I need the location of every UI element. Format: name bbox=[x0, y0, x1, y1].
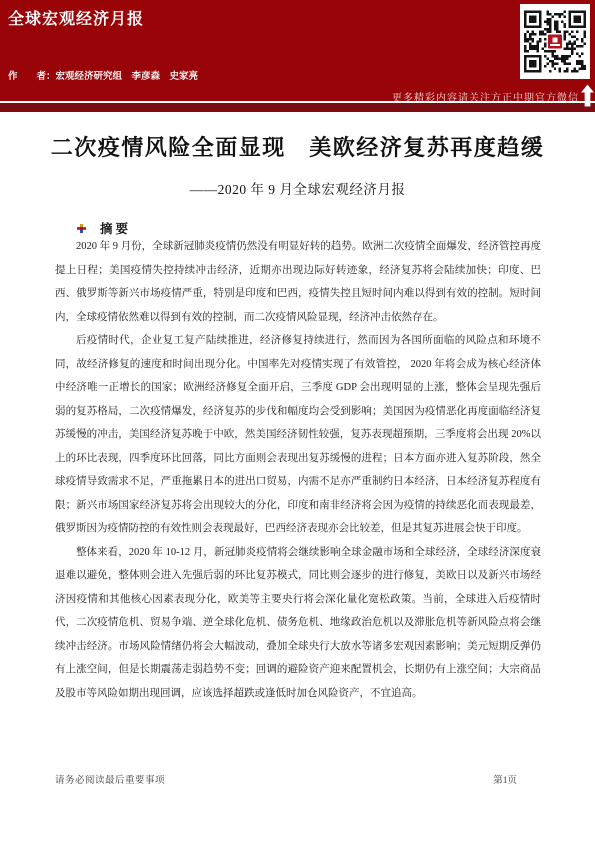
body-paragraph: 2020 年 9 月份，全球新冠肺炎疫情仍然没有明显好转的趋势。欧洲二次疫情全面… bbox=[55, 235, 541, 329]
up-arrow-icon bbox=[581, 84, 594, 107]
body-paragraph: 后疫情时代，企业复工复产陆续推进，经济修复持续进行，然而因为各国所面临的风险点和… bbox=[55, 329, 541, 541]
qr-code bbox=[520, 4, 590, 79]
header-accent-strip bbox=[0, 103, 595, 112]
report-header: 全球宏观经济月报 作 者：宏观经济研究组 李彦森 史家亮 执业编号：F30502… bbox=[0, 0, 595, 101]
report-page: 全球宏观经济月报 作 者：宏观经济研究组 李彦森 史家亮 执业编号：F30502… bbox=[0, 0, 595, 842]
report-series-title: 全球宏观经济月报 bbox=[8, 6, 144, 29]
abstract-bullet-icon bbox=[77, 224, 86, 233]
doc-subtitle: ——2020 年 9 月全球宏观经济月报 bbox=[0, 178, 595, 198]
qr-caption: 更多精彩内容请关注方正中期官方微信 bbox=[392, 89, 579, 104]
meta-line-author: 作 者：宏观经济研究组 李彦森 史家亮 bbox=[8, 68, 249, 85]
body-paragraph: 整体来看，2020 年 10-12 月，新冠肺炎疫情将会继续影响全球金融市场和全… bbox=[55, 541, 541, 706]
abstract-body: 2020 年 9 月份，全球新冠肺炎疫情仍然没有明显好转的趋势。欧洲二次疫情全面… bbox=[55, 235, 541, 705]
page-number: 第1页 bbox=[493, 772, 517, 786]
doc-title: 二次疫情风险全面显现 美欧经济复苏再度趋缓 bbox=[0, 131, 595, 162]
footer-disclaimer: 请务必阅读最后重要事项 bbox=[55, 772, 165, 786]
